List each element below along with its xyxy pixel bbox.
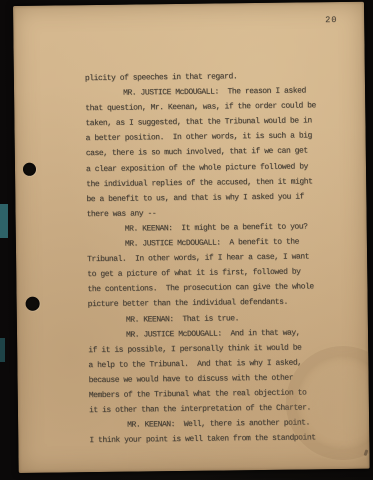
transcript-line: MR. KEENAN: It might be a benefit to you… [87, 219, 339, 237]
scan-edge-artifact-upper [0, 204, 8, 238]
transcript-line: be a benefit to us, and that is why I as… [86, 189, 338, 207]
scan-edge-artifact-lower [0, 338, 5, 362]
hole-punch-bottom [26, 297, 40, 311]
document-page: 20 plicity of speeches in that regard.MR… [13, 2, 370, 473]
hole-punch-top [23, 163, 36, 176]
scanned-page-background: 20 plicity of speeches in that regard.MR… [0, 0, 373, 480]
page-number: 20 [325, 15, 337, 25]
